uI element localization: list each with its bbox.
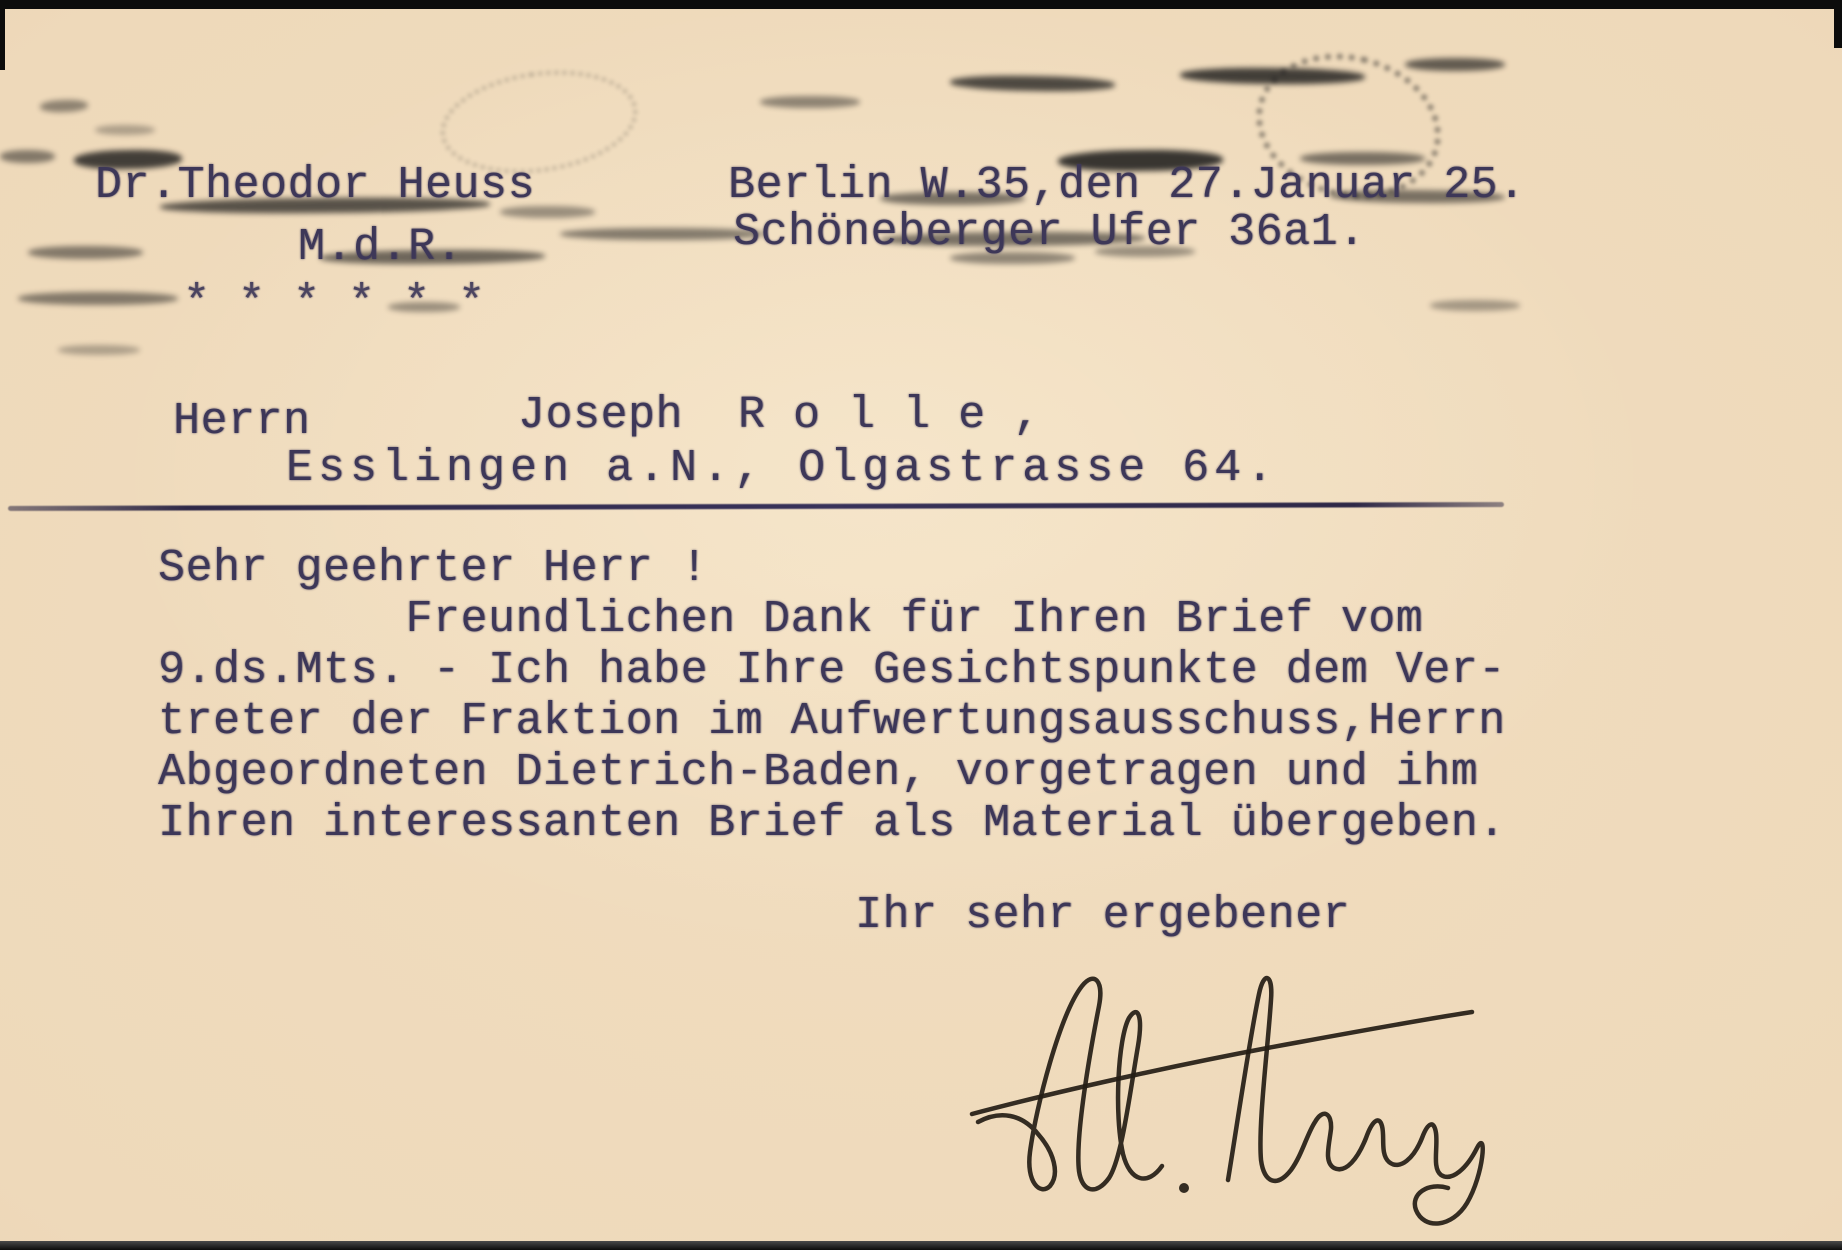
recipient-address: Esslingen a.N., Olgastrasse 64.	[286, 443, 1278, 494]
cancellation-smudge	[18, 292, 178, 305]
recipient-name: Joseph R o l l e ,	[518, 390, 1041, 441]
dateline-city-date: Berlin W.35,den 27.Januar 25.	[728, 160, 1526, 211]
scan-edge-left	[0, 0, 5, 70]
cancellation-smudge	[58, 345, 140, 355]
scan-edge-top	[0, 0, 1842, 9]
cancellation-smudge	[1405, 58, 1505, 71]
cancellation-smudge	[760, 96, 860, 108]
cancellation-smudge	[1430, 300, 1520, 311]
scan-edge-bottom	[0, 1241, 1842, 1250]
signature-crossbar	[972, 1012, 1472, 1114]
signature-stroke-th	[978, 979, 1162, 1190]
sender-stars: * * * * * *	[183, 278, 486, 329]
signature-period	[1179, 1183, 1189, 1193]
cancellation-smudge	[95, 125, 155, 135]
scan-edge-right	[1834, 0, 1842, 48]
closing-line: Ihr sehr ergebener	[855, 890, 1350, 941]
sender-title: M.d.R.	[298, 222, 463, 273]
sender-name: Dr.Theodor Heuss	[95, 160, 535, 211]
cancellation-smudge	[28, 246, 143, 259]
address-underline	[8, 502, 1504, 511]
cancellation-smudge	[0, 150, 55, 163]
recipient-salutation: Herrn	[173, 396, 311, 447]
cancellation-smudge	[40, 99, 88, 113]
postcard-scan: Dr.Theodor Heuss M.d.R. * * * * * * Berl…	[0, 0, 1842, 1250]
dateline-street: Schöneberger Ufer 36a1.	[733, 207, 1366, 258]
signature-handwriting	[960, 952, 1520, 1250]
cancellation-smudge	[950, 75, 1115, 93]
letter-body: Sehr geehrter Herr ! Freundlichen Dank f…	[158, 543, 1506, 849]
